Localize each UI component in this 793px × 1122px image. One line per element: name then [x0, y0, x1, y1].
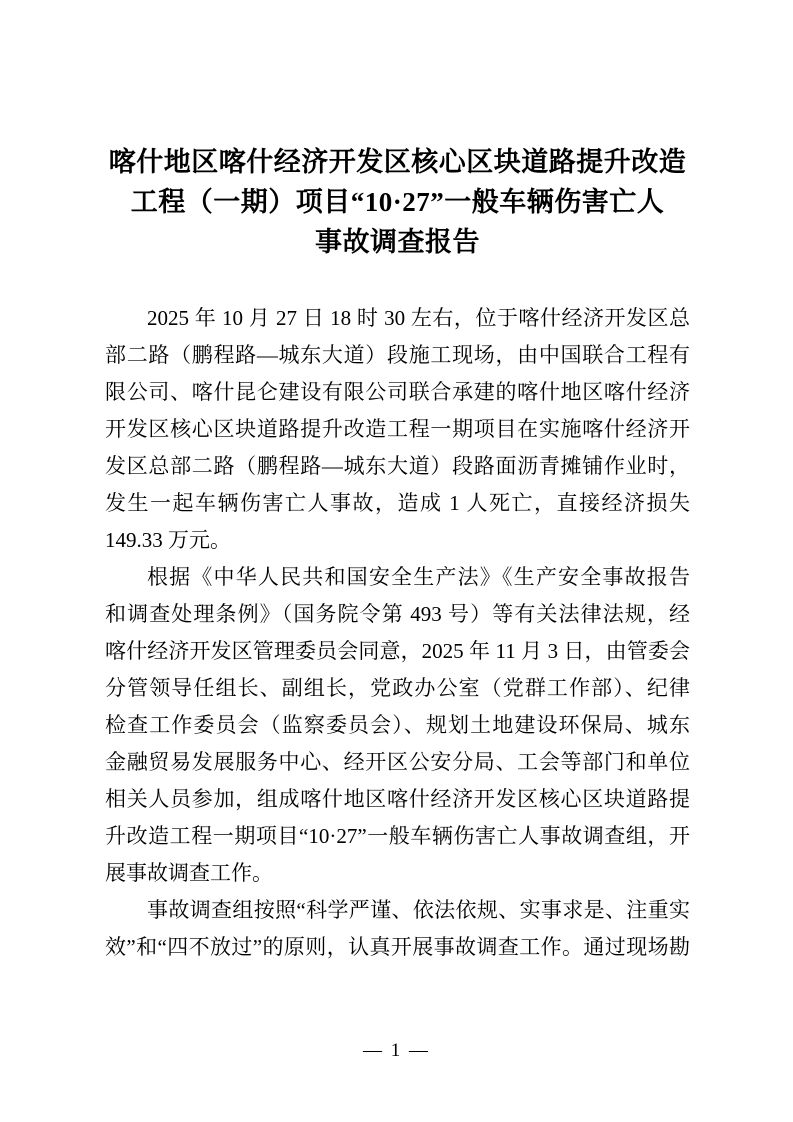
text-line: 升改造工程一期项目“10·27”一般车辆伤害亡人事故调查组，开 [105, 818, 690, 855]
document-title: 喀什地区喀什经济开发区核心区块道路提升改造 工程（一期）项目“10·27”一般车… [105, 142, 690, 262]
document-body: 2025 年 10 月 27 日 18 时 30 左右，位于喀什经济开发区总 部… [105, 300, 690, 966]
document-page: 喀什地区喀什经济开发区核心区块道路提升改造 工程（一期）项目“10·27”一般车… [0, 0, 793, 1122]
paragraph-accident-overview: 2025 年 10 月 27 日 18 时 30 左右，位于喀什经济开发区总 部… [105, 300, 690, 559]
paragraph-investigation-principles: 事故调查组按照“科学严谨、依法依规、实事求是、注重实 效”和“四不放过”的原则，… [105, 892, 690, 966]
page-number: — 1 — [0, 1038, 793, 1064]
text-line: 发生一起车辆伤害亡人事故，造成 1 人死亡，直接经济损失 [105, 485, 690, 522]
text-line: 检查工作委员会（监察委员会）、规划土地建设环保局、城东 [105, 707, 690, 744]
paragraph-investigation-team: 根据《中华人民共和国安全生产法》《生产安全事故报告 和调查处理条例》（国务院令第… [105, 559, 690, 892]
text-line: 相关人员参加，组成喀什地区喀什经济开发区核心区块道路提 [105, 781, 690, 818]
text-line: 和调查处理条例》（国务院令第 493 号）等有关法律法规，经 [105, 596, 690, 633]
text-line: 2025 年 10 月 27 日 18 时 30 左右，位于喀什经济开发区总 [105, 300, 690, 337]
text-line: 展事故调查工作。 [105, 855, 690, 892]
text-line: 发区总部二路（鹏程路—城东大道）段路面沥青摊铺作业时， [105, 448, 690, 485]
text-line: 开发区核心区块道路提升改造工程一期项目在实施喀什经济开 [105, 411, 690, 448]
text-line: 分管领导任组长、副组长，党政办公室（党群工作部）、纪律 [105, 670, 690, 707]
text-line: 部二路（鹏程路—城东大道）段施工现场，由中国联合工程有 [105, 337, 690, 374]
title-line-2: 工程（一期）项目“10·27”一般车辆伤害亡人 [105, 182, 690, 222]
text-line: 根据《中华人民共和国安全生产法》《生产安全事故报告 [105, 559, 690, 596]
text-line: 喀什经济开发区管理委员会同意，2025 年 11 月 3 日，由管委会 [105, 633, 690, 670]
text-line: 限公司、喀什昆仑建设有限公司联合承建的喀什地区喀什经济 [105, 374, 690, 411]
text-line: 149.33 万元。 [105, 522, 690, 559]
text-line: 金融贸易发展服务中心、经开区公安分局、工会等部门和单位 [105, 744, 690, 781]
text-line: 事故调查组按照“科学严谨、依法依规、实事求是、注重实 [105, 892, 690, 929]
title-line-3: 事故调查报告 [105, 222, 690, 262]
text-line: 效”和“四不放过”的原则，认真开展事故调查工作。通过现场勘 [105, 929, 690, 966]
title-line-1: 喀什地区喀什经济开发区核心区块道路提升改造 [105, 142, 690, 182]
